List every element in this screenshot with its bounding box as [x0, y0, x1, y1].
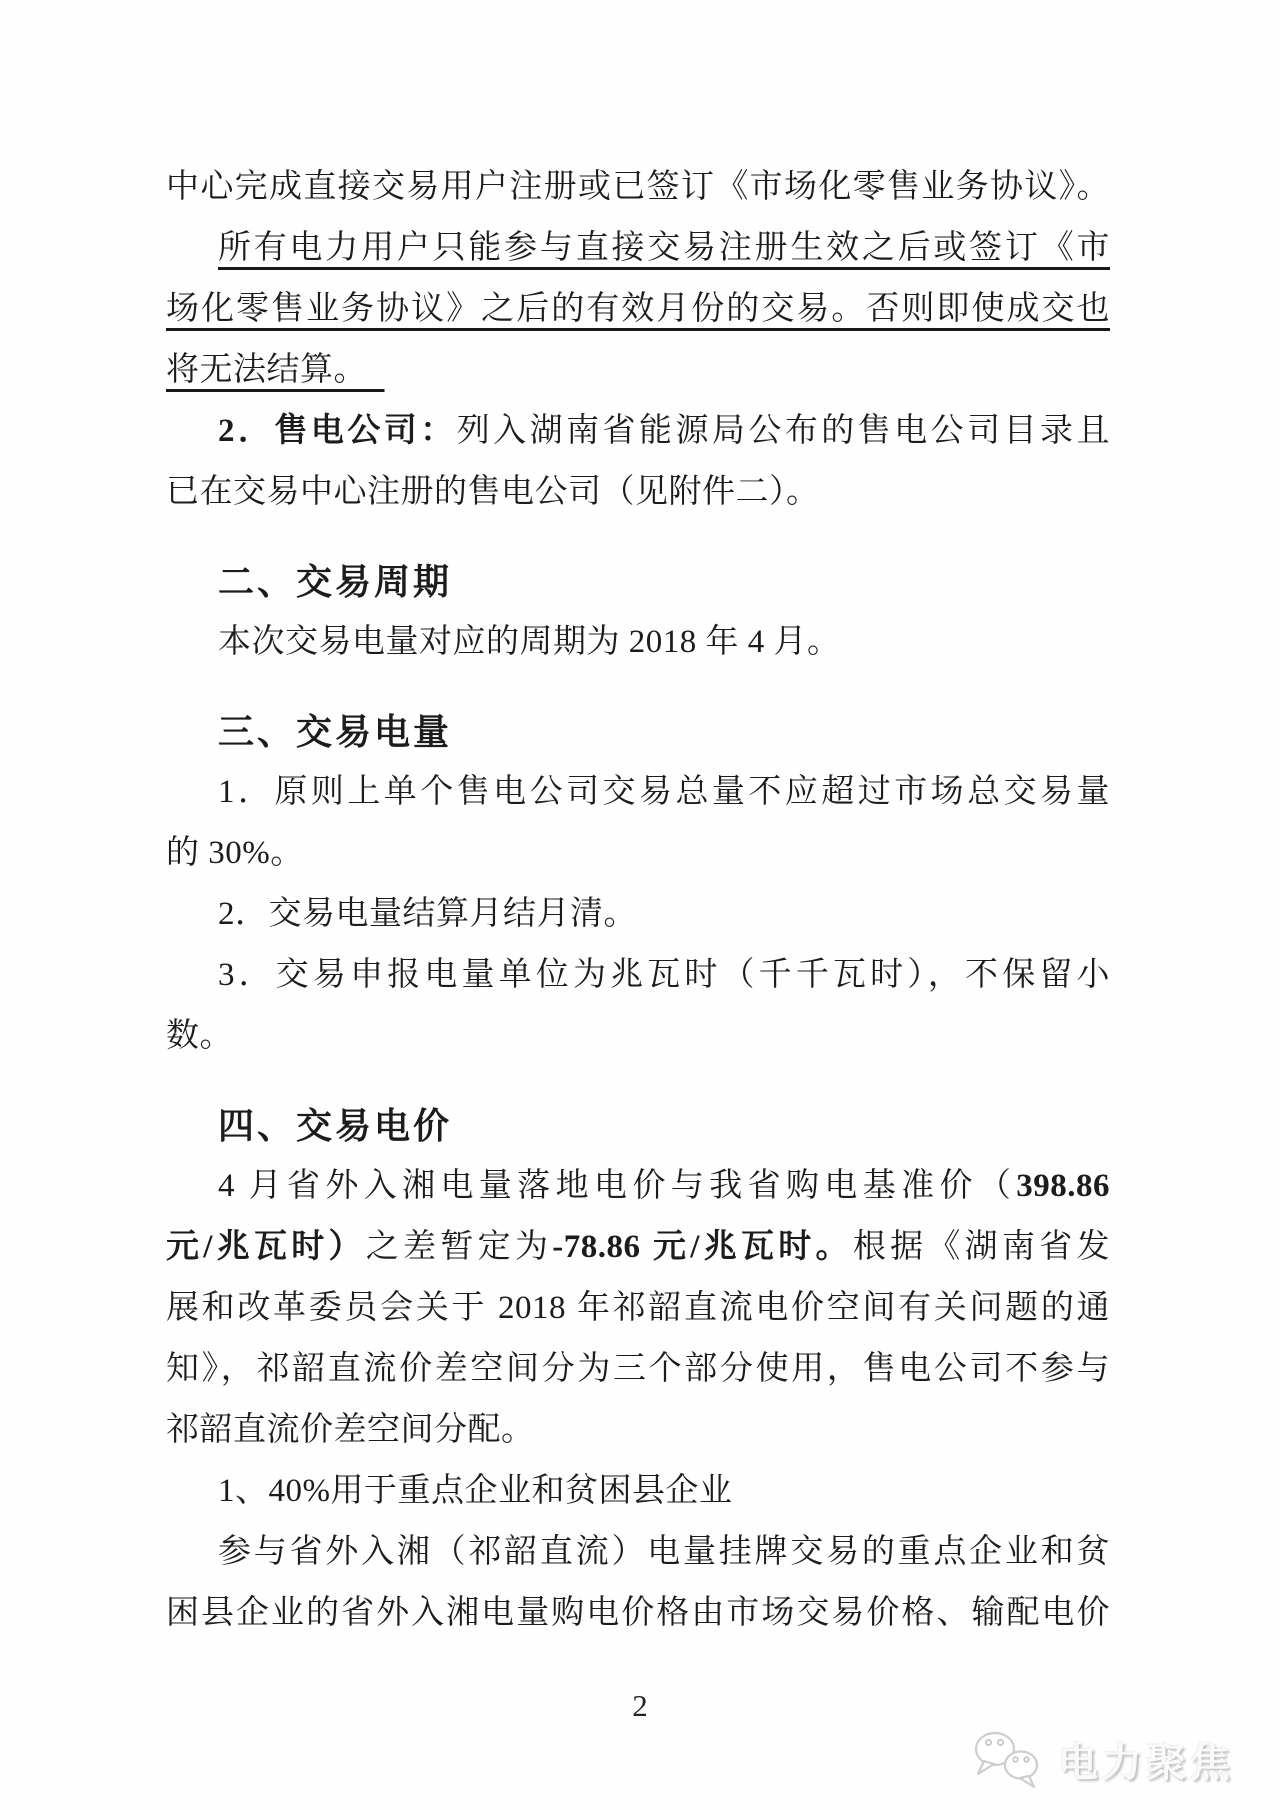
watermark-label: 电力聚焦 [1058, 1731, 1234, 1788]
underlined-notice-line: 将无法结算。 [166, 340, 1110, 401]
price-text: 4 月省外入湘电量落地电价与我省购电基准价（ [218, 1168, 1016, 1204]
paragraph-line: 4 月省外入湘电量落地电价与我省购电基准价（398.86 [166, 1156, 1110, 1217]
paragraph-line: 祁韶直流价差空间分配。 [166, 1400, 1110, 1461]
paragraph-line: 参与省外入湘（祁韶直流）电量挂牌交易的重点企业和贫 [166, 1522, 1110, 1583]
text-column: 中心完成直接交易用户注册或已签订《市场化零售业务协议》。 所有电力用户只能参与直… [166, 157, 1110, 1644]
price-text: 之差暂定为 [366, 1229, 552, 1265]
paragraph-line: 的 30%。 [166, 823, 1110, 884]
item-label: 2．售电公司： [218, 413, 457, 449]
paragraph-line: 展和改革委员会关于 2018 年祁韶直流电价空间有关问题的通 [166, 1278, 1110, 1339]
paragraph-line: 已在交易中心注册的售电公司（见附件二）。 [166, 462, 1110, 523]
section-heading-trade-price: 四、交易电价 [166, 1095, 1110, 1156]
paragraph-line: 困县企业的省外入湘电量购电价格由市场交易价格、输配电价 [166, 1583, 1110, 1644]
paragraph-line: 中心完成直接交易用户注册或已签订《市场化零售业务协议》。 [166, 157, 1110, 218]
underlined-notice-line: 场化零售业务协议》之后的有效月份的交易。否则即使成交也 [166, 279, 1110, 340]
document-page: 中心完成直接交易用户注册或已签订《市场化零售业务协议》。 所有电力用户只能参与直… [0, 0, 1280, 1810]
paragraph-line: 3．交易申报电量单位为兆瓦时（千千瓦时），不保留小 [166, 945, 1110, 1006]
paragraph-line: 知》，祁韶直流价差空间分为三个部分使用，售电公司不参与 [166, 1339, 1110, 1400]
price-text: 根据《湖南省发 [853, 1229, 1110, 1265]
paragraph-line: 本次交易电量对应的周期为 2018 年 4 月。 [166, 612, 1110, 673]
paragraph-line: 元/兆瓦时）之差暂定为-78.86 元/兆瓦时。根据《湖南省发 [166, 1217, 1110, 1278]
paragraph-line: 2．售电公司：列入湖南省能源局公布的售电公司目录且 [166, 401, 1110, 462]
watermark: 电力聚焦 [970, 1728, 1234, 1790]
wechat-icon [970, 1728, 1046, 1790]
page-number: 2 [0, 1688, 1280, 1724]
item-text: 列入湖南省能源局公布的售电公司目录且 [457, 413, 1110, 449]
section-heading-trade-period: 二、交易周期 [166, 551, 1110, 612]
underlined-notice-line: 所有电力用户只能参与直接交易注册生效之后或签订《市 [166, 218, 1110, 279]
underlined-text: 将无法结算。 [166, 352, 385, 388]
price-unit: 元/兆瓦时） [166, 1229, 366, 1265]
paragraph-line: 数。 [166, 1006, 1110, 1067]
paragraph-line: 2．交易电量结算月结月清。 [166, 884, 1110, 945]
underlined-text: 场化零售业务协议》之后的有效月份的交易。否则即使成交也 [166, 291, 1110, 327]
subitem-title: 1、40%用于重点企业和贫困县企业 [166, 1461, 1110, 1522]
price-value-diff: -78.86 元/兆瓦时。 [552, 1229, 853, 1265]
paragraph-line: 1．原则上单个售电公司交易总量不应超过市场总交易量 [166, 762, 1110, 823]
underlined-text: 所有电力用户只能参与直接交易注册生效之后或签订《市 [218, 230, 1110, 266]
section-heading-trade-volume: 三、交易电量 [166, 701, 1110, 762]
price-value-base: 398.86 [1016, 1168, 1110, 1204]
